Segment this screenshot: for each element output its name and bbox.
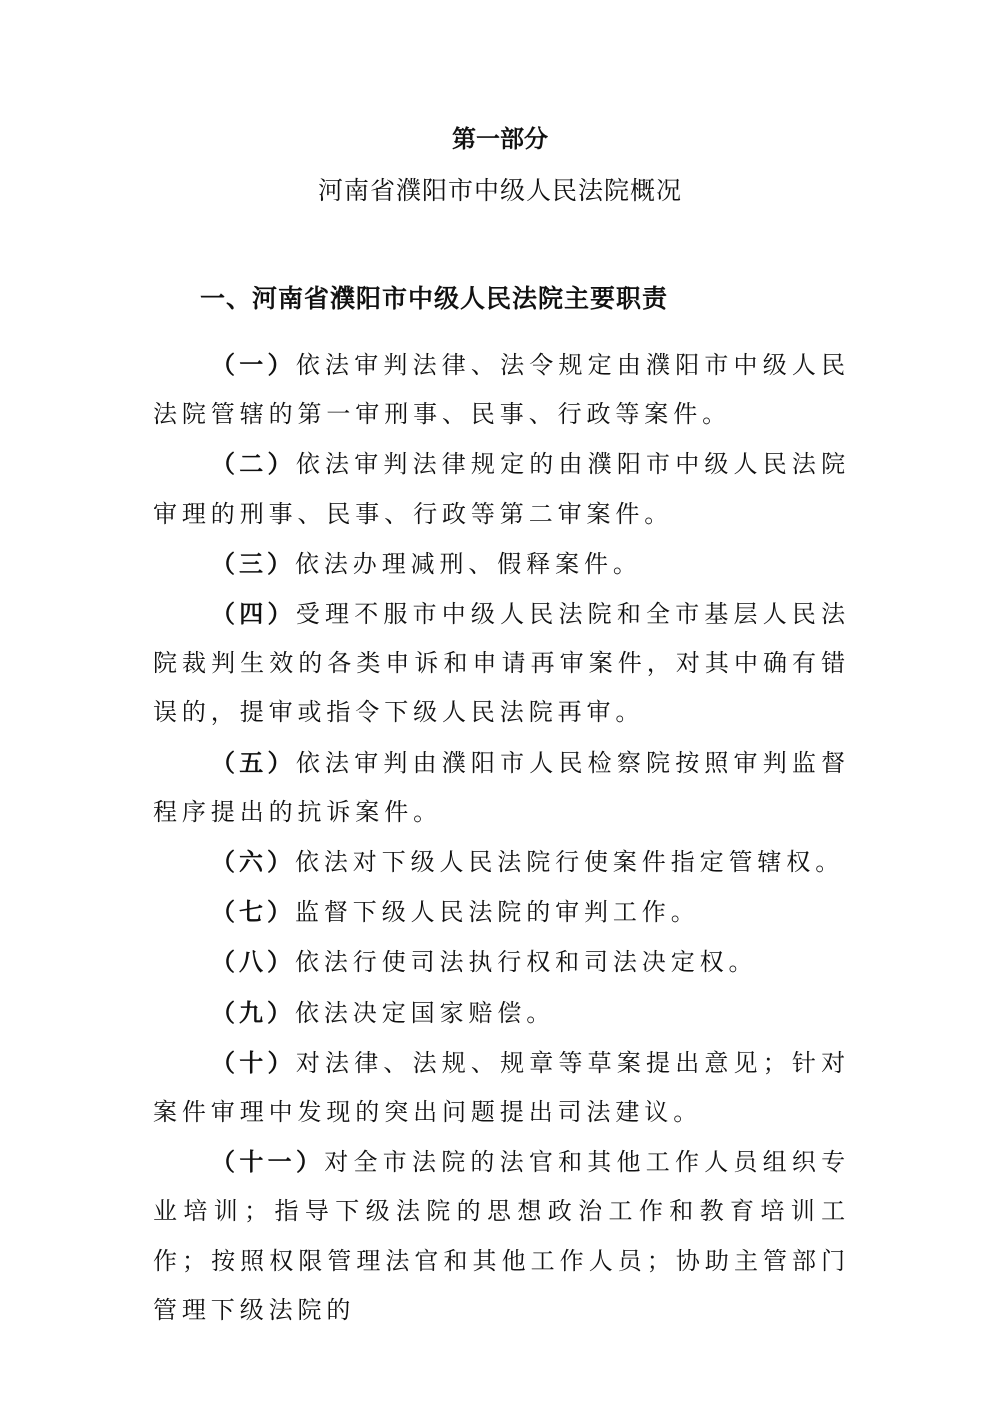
duty-text: 依法行使司法执行权和司法决定权。 bbox=[295, 948, 757, 976]
duty-number: （九） bbox=[211, 998, 295, 1027]
duty-paragraph-9: （九）依法决定国家赔偿。 bbox=[153, 988, 850, 1038]
duty-paragraph-7: （七）监督下级人民法院的审判工作。 bbox=[153, 887, 850, 937]
duty-number: （一） bbox=[211, 350, 296, 379]
duties-list: （一）依法审判法律、法令规定由濮阳市中级人民法院管辖的第一审刑事、民事、行政等案… bbox=[153, 340, 850, 1335]
duty-paragraph-4: （四）受理不服市中级人民法院和全市基层人民法院裁判生效的各类申诉和申请再审案件，… bbox=[153, 589, 850, 738]
duty-paragraph-5: （五）依法审判由濮阳市人民检察院按照审判监督程序提出的抗诉案件。 bbox=[153, 738, 850, 837]
duty-text: 依法办理减刑、假释案件。 bbox=[295, 550, 642, 578]
document-page: 第一部分 河南省濮阳市中级人民法院概况 一、河南省濮阳市中级人民法院主要职责 （… bbox=[0, 0, 1000, 1414]
duty-number: （六） bbox=[211, 847, 295, 876]
duty-paragraph-8: （八）依法行使司法执行权和司法决定权。 bbox=[153, 937, 850, 987]
duty-paragraph-11: （十一）对全市法院的法官和其他工作人员组织专业培训；指导下级法院的思想政治工作和… bbox=[153, 1137, 850, 1335]
org-title: 河南省濮阳市中级人民法院概况 bbox=[0, 173, 1000, 209]
duty-number: （四） bbox=[211, 599, 296, 628]
duty-text: 监督下级人民法院的审判工作。 bbox=[295, 898, 700, 926]
duty-paragraph-10: （十）对法律、法规、规章等草案提出意见；针对案件审理中发现的突出问题提出司法建议… bbox=[153, 1038, 850, 1137]
part-title: 第一部分 bbox=[0, 122, 1000, 156]
duty-number: （二） bbox=[211, 449, 296, 478]
duty-number: （八） bbox=[211, 947, 295, 976]
duty-text: 依法决定国家赔偿。 bbox=[295, 999, 555, 1027]
duty-text: 依法对下级人民法院行使案件指定管辖权。 bbox=[295, 848, 844, 876]
duty-number: （十一） bbox=[211, 1147, 324, 1176]
section-heading: 一、河南省濮阳市中级人民法院主要职责 bbox=[200, 281, 900, 317]
duty-paragraph-1: （一）依法审判法律、法令规定由濮阳市中级人民法院管辖的第一审刑事、民事、行政等案… bbox=[153, 340, 850, 439]
duty-paragraph-2: （二）依法审判法律规定的由濮阳市中级人民法院审理的刑事、民事、行政等第二审案件。 bbox=[153, 439, 850, 538]
duty-paragraph-3: （三）依法办理减刑、假释案件。 bbox=[153, 539, 850, 589]
duty-number: （十） bbox=[211, 1048, 296, 1077]
duty-number: （七） bbox=[211, 897, 295, 926]
duty-paragraph-6: （六）依法对下级人民法院行使案件指定管辖权。 bbox=[153, 837, 850, 887]
duty-number: （五） bbox=[211, 748, 296, 777]
duty-number: （三） bbox=[211, 549, 295, 578]
